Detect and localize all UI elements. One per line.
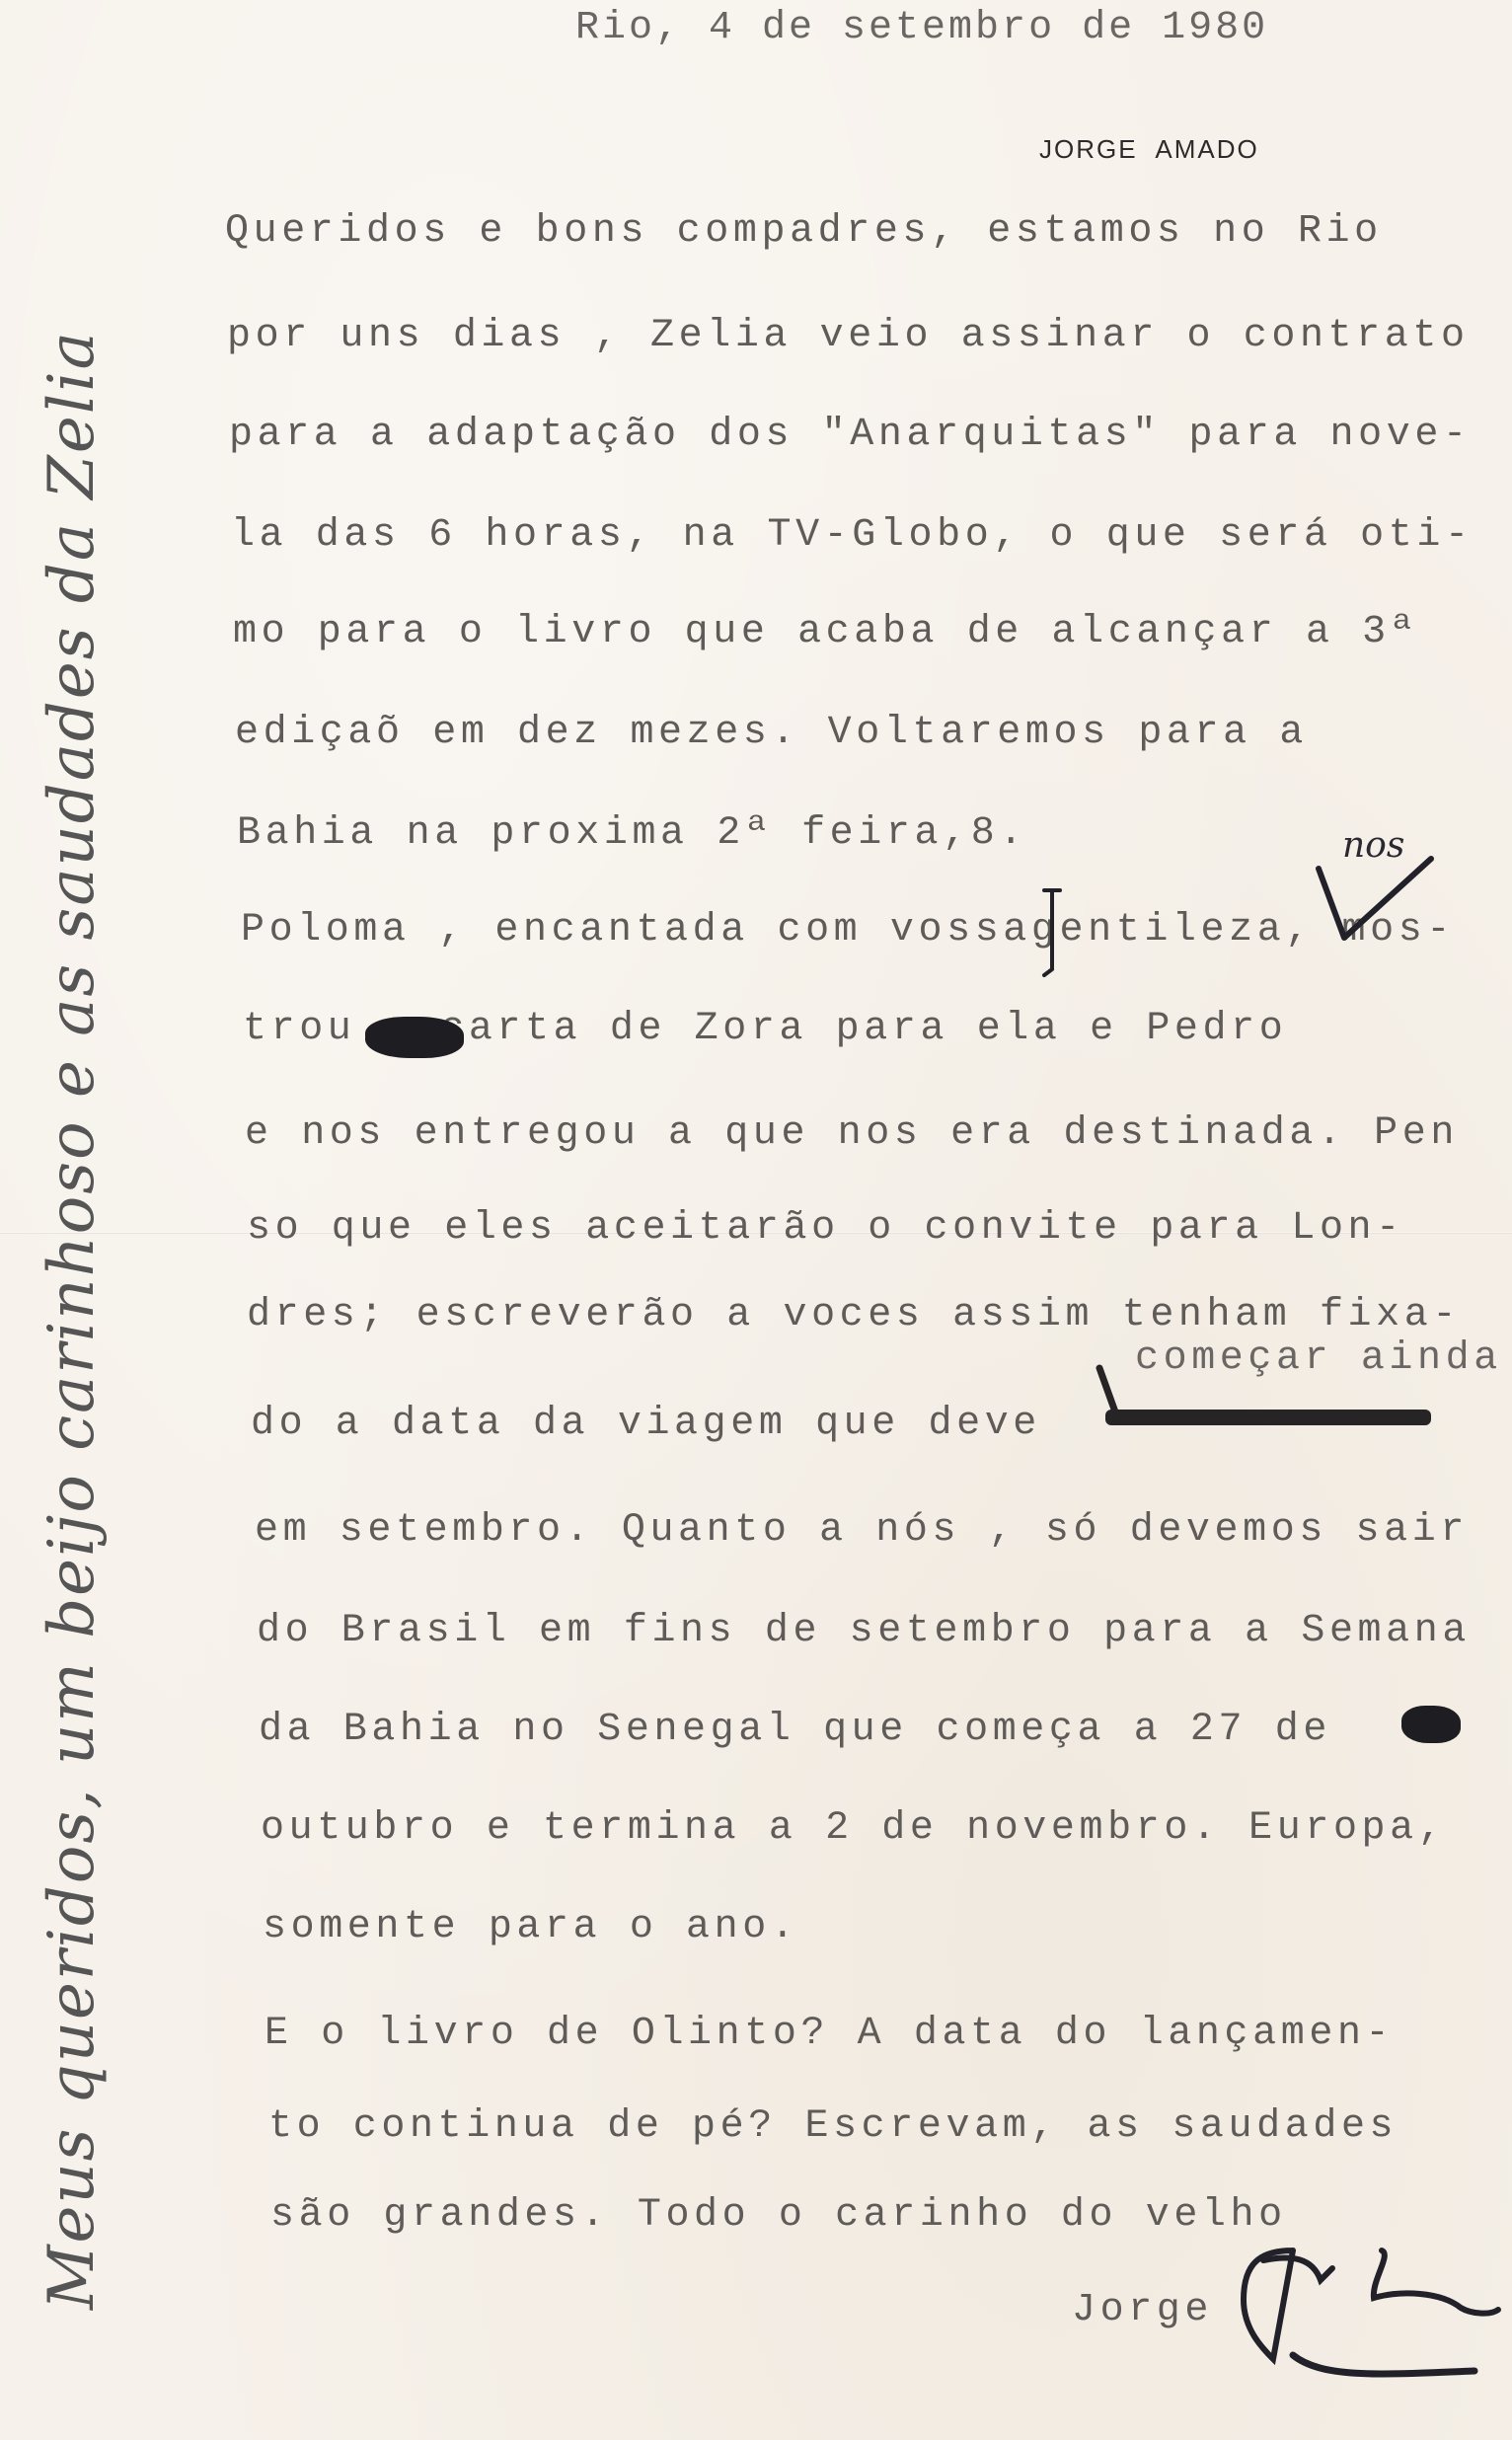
body-line: mo para o livro que acaba de alcançar a … (233, 610, 1418, 654)
insertion-caret (1096, 1366, 1125, 1425)
bracket-mark (1038, 884, 1068, 983)
body-line: dres; escreverão a voces assim tenham fi… (247, 1293, 1461, 1337)
body-line: ediçaõ em dez mezes. Voltaremos para a (235, 711, 1308, 755)
ink-blot (1401, 1706, 1461, 1743)
typed-insertion: começar ainda (1135, 1336, 1502, 1381)
handwritten-insertion: nos (1342, 825, 1404, 866)
signature (1234, 2241, 1510, 2399)
body-line: são grandes. Todo o carinho do velho (270, 2193, 1287, 2238)
letterhead: JORGE AMADO (1039, 134, 1259, 165)
body-line: da Bahia no Senegal que começa a 27 de (259, 1708, 1331, 1752)
body-line: por uns dias , Zelia veio assinar o cont… (227, 314, 1470, 358)
strikethrough-mark (1105, 1410, 1431, 1425)
body-line: to continua de pé? Escrevam, as saudades (268, 2104, 1398, 2149)
closing-name: Jorge (1072, 2288, 1213, 2332)
date-line: Rio, 4 de setembro de 1980 (575, 6, 1268, 50)
body-line: Poloma , encantada com vossagentileza, m… (241, 908, 1455, 953)
body-line: e nos entregou a que nos era destinada. … (245, 1111, 1459, 1156)
body-line: la das 6 horas, na TV-Globo, o que será … (231, 513, 1474, 558)
body-line: do Brasil em fins de setembro para a Sem… (257, 1609, 1471, 1653)
body-line: somente para o ano. (263, 1905, 798, 1949)
body-line: em setembro. Quanto a nós , só devemos s… (255, 1508, 1469, 1553)
body-line: para a adaptação dos "Anarquitas" para n… (229, 413, 1472, 457)
body-line: Queridos e bons compadres, estamos no Ri… (225, 209, 1383, 254)
body-line: outubro e termina a 2 de novembro. Europ… (261, 1806, 1446, 1851)
margin-note: Meus queridos, um beijo carinhoso e as s… (36, 330, 109, 2310)
body-line: so que eles aceitarão o convite para Lon… (247, 1206, 1404, 1251)
body-line: E o livro de Olinto? A data do lançamen- (265, 2012, 1394, 2056)
ink-blot (365, 1017, 464, 1058)
body-line: do a data da viagem que deve (251, 1402, 1041, 1446)
body-line: Bahia na proxima 2ª feira,8. (237, 811, 1027, 856)
